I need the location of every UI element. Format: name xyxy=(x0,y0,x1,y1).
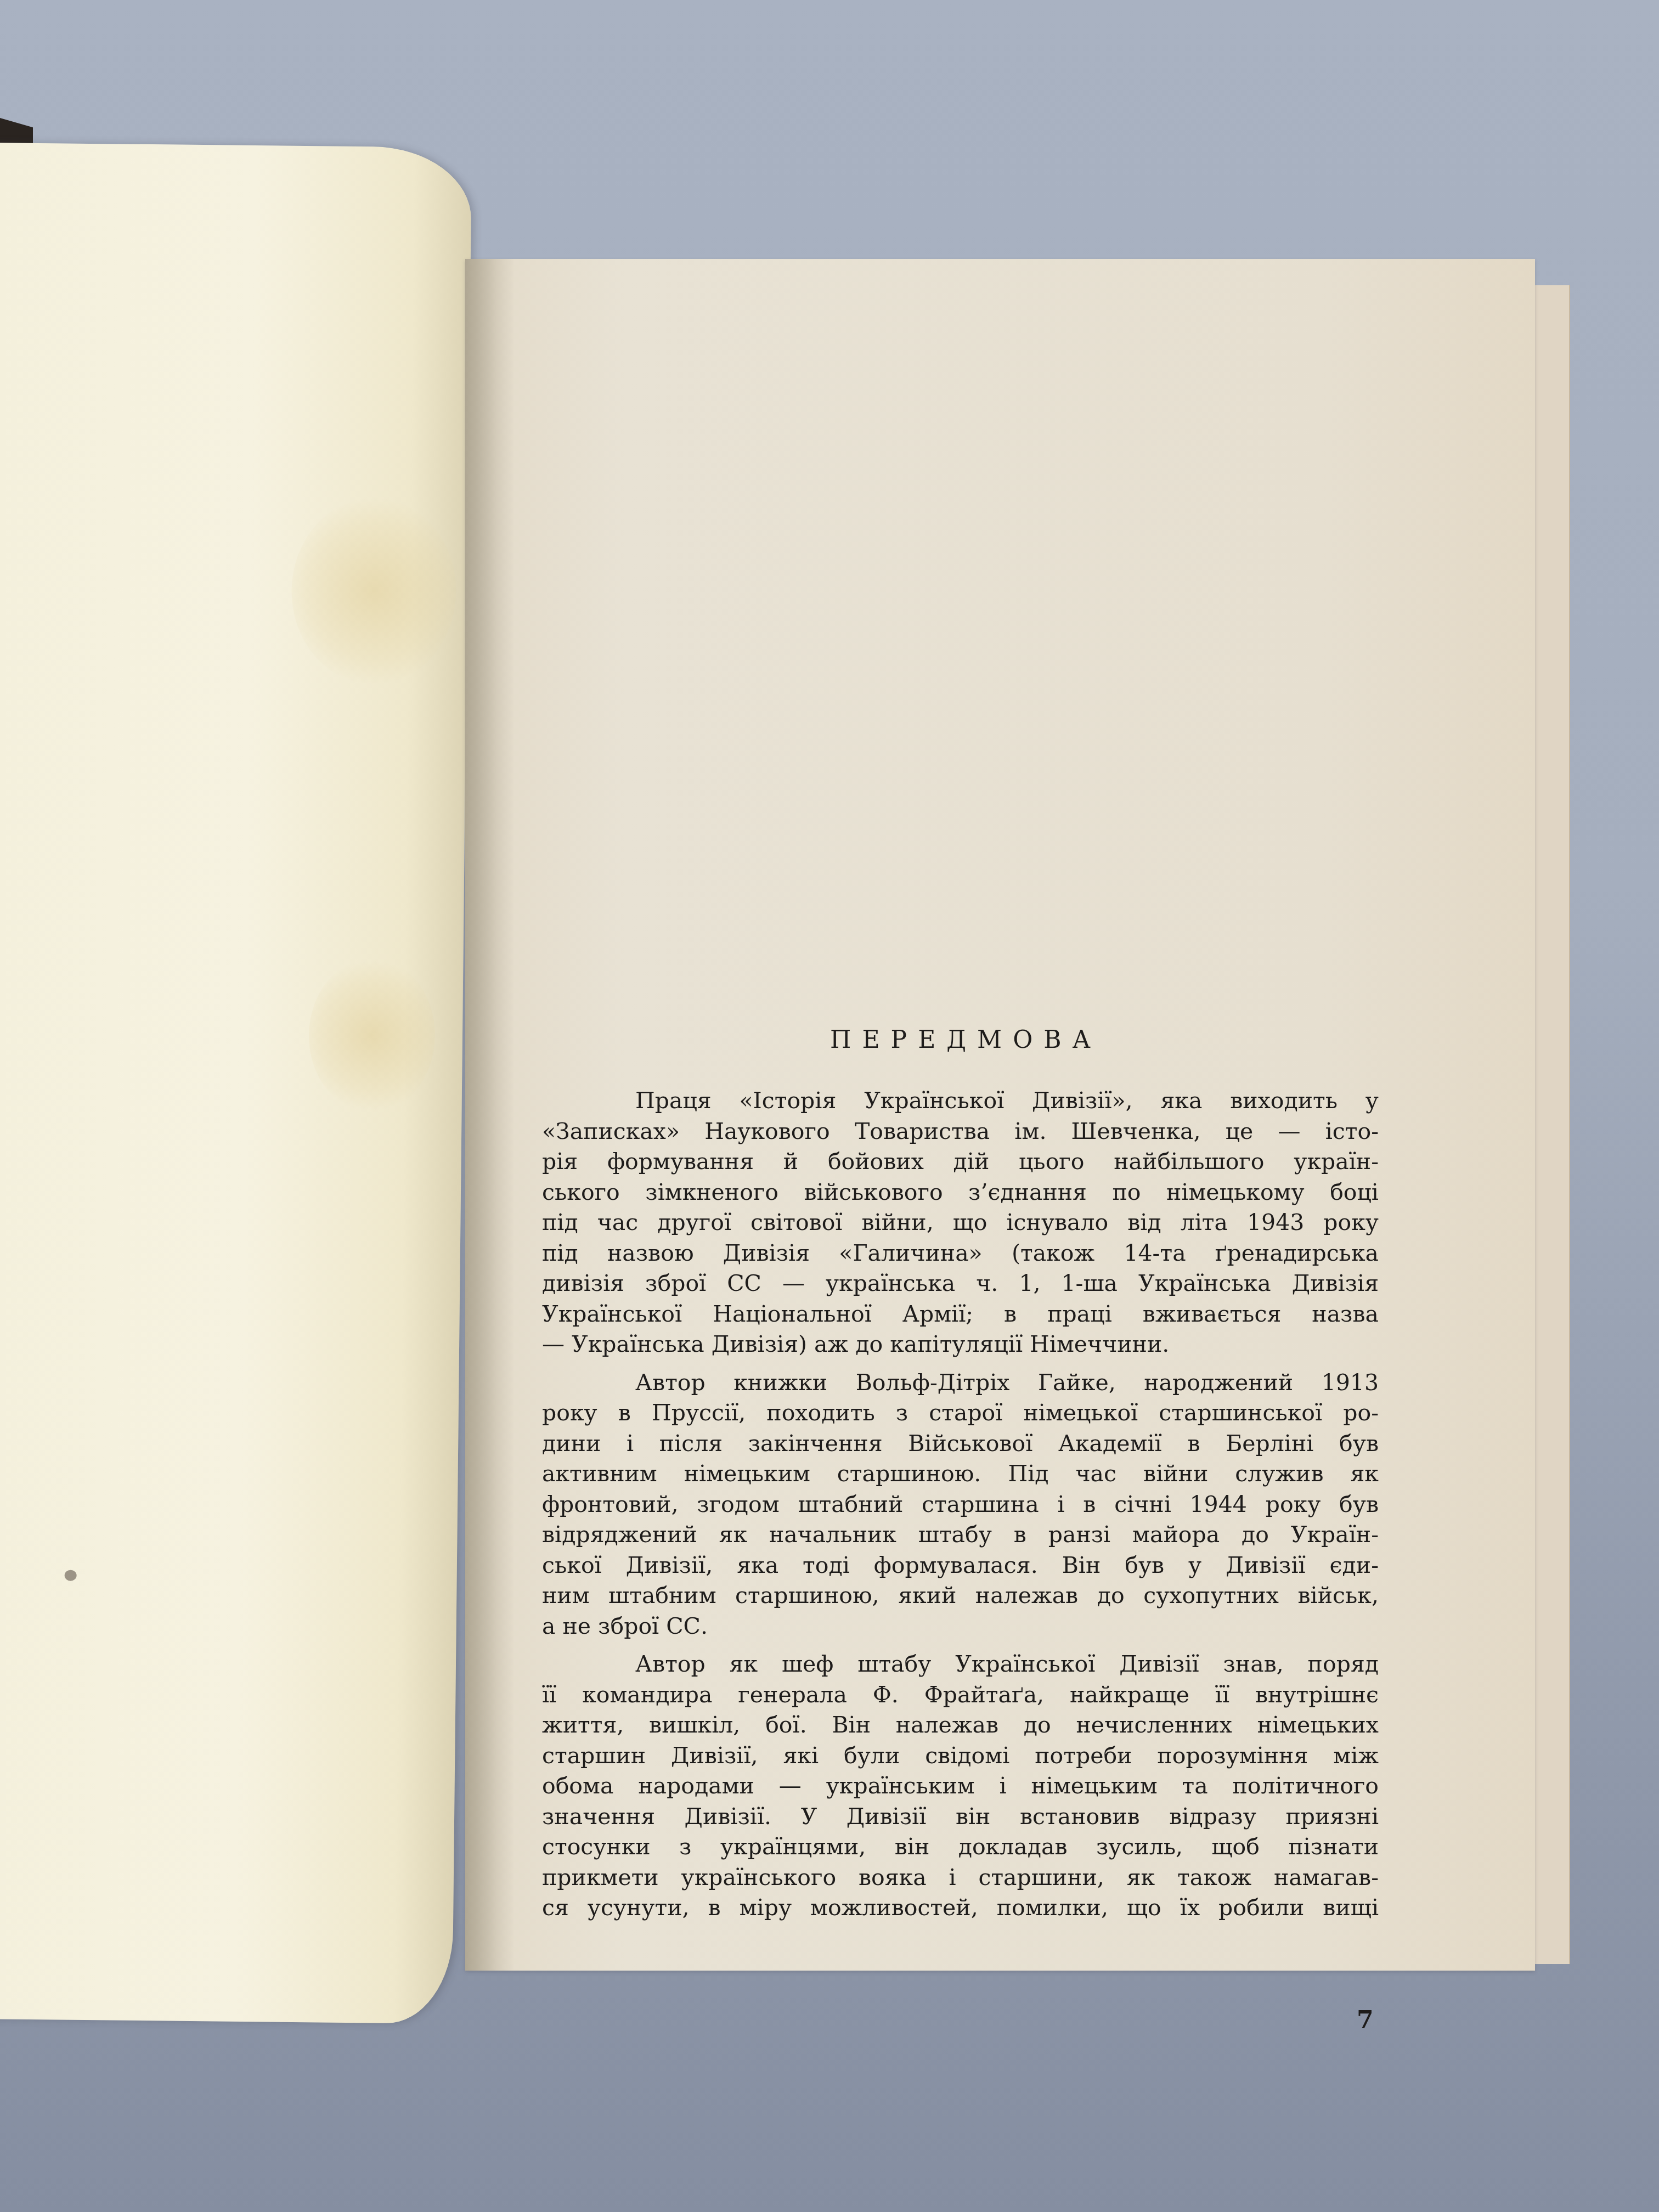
text-line: обома народами — українським і німецьким… xyxy=(542,1771,1379,1802)
text-line: Автор як шеф штабу Української Дивізії з… xyxy=(542,1649,1379,1680)
text-line: ського зімкненого військового з’єднання … xyxy=(542,1177,1379,1208)
text-line: її командира генерала Ф. Фрайтаґа, найкр… xyxy=(542,1680,1379,1711)
paragraph-3: Автор як шеф штабу Української Дивізії з… xyxy=(542,1649,1379,1923)
text-line: дивізія зброї СС — українська ч. 1, 1-ша… xyxy=(542,1268,1379,1299)
text-line: ської Дивізії, яка тоді формувалася. Він… xyxy=(542,1550,1379,1581)
text-line: під назвою Дивізія «Галичина» (також 14-… xyxy=(542,1238,1379,1269)
text-line: стосунки з українцями, він докладав зуси… xyxy=(542,1832,1379,1863)
paragraph-2: Автор книжки Вольф-Дітріх Гайке, народже… xyxy=(542,1368,1379,1642)
text-line: Праця «Історія Української Дивізії», яка… xyxy=(542,1086,1379,1116)
text-line: Автор книжки Вольф-Дітріх Гайке, народже… xyxy=(542,1368,1379,1398)
right-text-page: ПЕРЕДМОВА Праця «Історія Української Див… xyxy=(465,259,1535,1971)
paper-stain xyxy=(308,958,436,1113)
text-line: року в Пруссії, походить з старої німець… xyxy=(542,1398,1379,1429)
text-line: — Українська Дивізія) аж до капітуляції … xyxy=(542,1329,1379,1360)
text-line: фронтовий, згодом штабний старшина і в с… xyxy=(542,1489,1379,1520)
gutter-shadow xyxy=(465,259,515,1971)
page-heading: ПЕРЕДМОВА xyxy=(542,1026,1379,1054)
page-text-block: ПЕРЕДМОВА Праця «Історія Української Див… xyxy=(542,1026,1379,1931)
text-line: «Записках» Наукового Товариства ім. Шевч… xyxy=(542,1116,1379,1147)
text-line: а не зброї СС. xyxy=(542,1611,1379,1642)
text-line: відряджений як начальник штабу в ранзі м… xyxy=(542,1520,1379,1550)
text-line: життя, вишкіл, бої. Він належав до нечис… xyxy=(542,1710,1379,1741)
text-line: активним німецьким старшиною. Під час ві… xyxy=(542,1459,1379,1489)
paragraph-1: Праця «Історія Української Дивізії», яка… xyxy=(542,1086,1379,1360)
text-line: старшин Дивізії, які були свідомі потреб… xyxy=(542,1741,1379,1771)
text-line: дини і після закінчення Військової Акаде… xyxy=(542,1429,1379,1459)
text-line: під час другої світової війни, що існува… xyxy=(542,1207,1379,1238)
text-line: ним штабним старшиною, який належав до с… xyxy=(542,1581,1379,1611)
text-line: Української Національної Армії; в праці … xyxy=(542,1299,1379,1330)
paper-stain xyxy=(291,497,458,685)
text-line: прикмети українського вояка і старшини, … xyxy=(542,1863,1379,1893)
text-line: рія формування й бойових дій цього найбі… xyxy=(542,1147,1379,1177)
left-blank-page xyxy=(0,143,472,2024)
text-line: значення Дивізії. У Дивізії він встанови… xyxy=(542,1802,1379,1832)
text-line: ся усунути, в міру можливостей, помилки,… xyxy=(542,1893,1379,1923)
paper-speck xyxy=(65,1570,77,1581)
page-number: 7 xyxy=(1357,2006,1374,2034)
